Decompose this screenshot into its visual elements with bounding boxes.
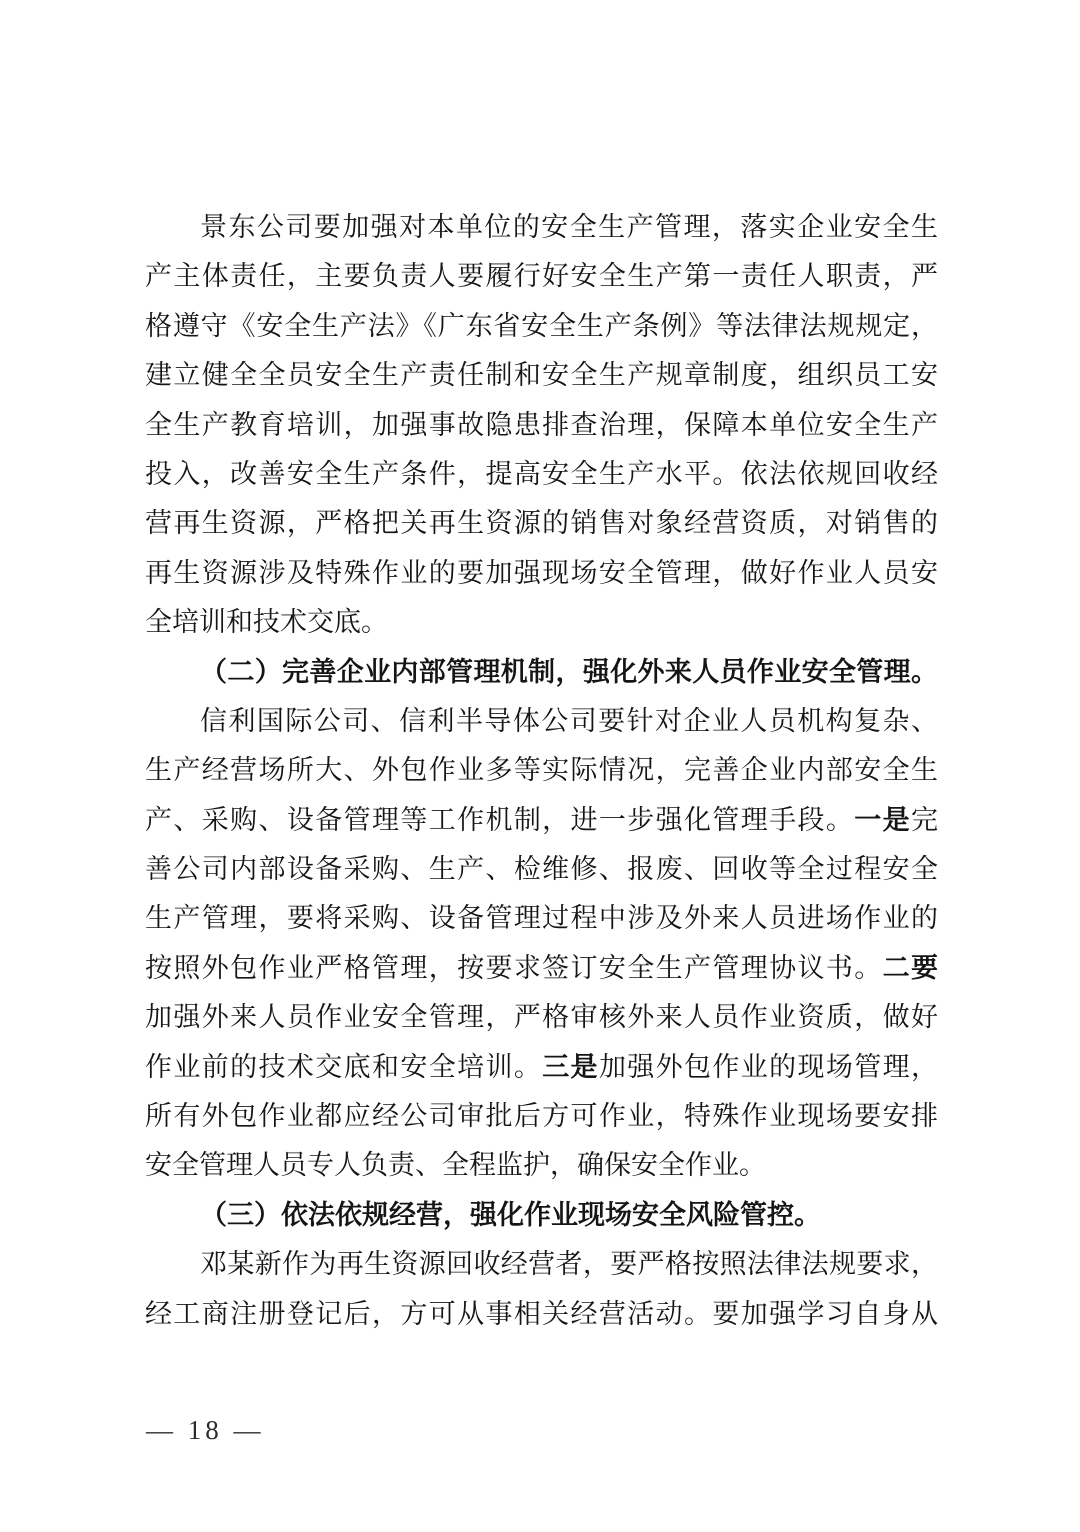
text-line: 景东公司要加强对本单位的安全生产管理，落实企业安全生 bbox=[145, 203, 938, 252]
text-line: 再生资源涉及特殊作业的要加强现场安全管理，做好作业人员安 bbox=[145, 549, 938, 598]
text-segment: 产、采购、设备管理等工作机制，进一步强化管理手段。 bbox=[145, 805, 854, 835]
text-line: 全生产教育培训，加强事故隐患排查治理，保障本单位安全生产 bbox=[145, 401, 938, 450]
text-line: 全培训和技术交底。 bbox=[145, 598, 938, 647]
text-segment: 产主体责任，主要负责人要履行好安全生产第一责任人职责，严 bbox=[145, 261, 938, 291]
text-segment: 投入，改善安全生产条件，提高安全生产水平。依法依规回收经 bbox=[145, 459, 938, 489]
text-line: 善公司内部设备采购、生产、检维修、报废、回收等全过程安全 bbox=[145, 845, 938, 894]
text-line: 按照外包作业严格管理，按要求签订安全生产管理协议书。二要 bbox=[145, 944, 938, 993]
text-line: 经工商注册登记后，方可从事相关经营活动。要加强学习自身从 bbox=[145, 1290, 938, 1339]
page-number: — 18 — bbox=[146, 1413, 265, 1447]
text-segment: 景东公司要加强对本单位的安全生产管理，落实企业安全生 bbox=[200, 212, 938, 242]
section-heading-line: （三）依法依规经营，强化作业现场安全风险管控。 bbox=[145, 1191, 938, 1240]
text-line: 所有外包作业都应经公司审批后方可作业，特殊作业现场要安排 bbox=[145, 1092, 938, 1141]
section-heading-line: （二）完善企业内部管理机制，强化外来人员作业安全管理。 bbox=[145, 648, 938, 697]
text-segment: 所有外包作业都应经公司审批后方可作业，特殊作业现场要安排 bbox=[145, 1101, 938, 1131]
document-page: 景东公司要加强对本单位的安全生产管理，落实企业安全生产主体责任，主要负责人要履行… bbox=[0, 0, 1080, 1532]
text-segment: 经工商注册登记后，方可从事相关经营活动。要加强学习自身从 bbox=[145, 1299, 938, 1329]
bold-text-segment: （二）完善企业内部管理机制，强化外来人员作业安全管理。 bbox=[200, 657, 938, 687]
text-segment: 信利国际公司、信利半导体公司要针对企业人员机构复杂、 bbox=[200, 706, 938, 736]
text-segment: 生产管理，要将采购、设备管理过程中涉及外来人员进场作业的 bbox=[145, 903, 938, 933]
bold-text-segment: 二要 bbox=[883, 953, 938, 983]
text-segment: 安全管理人员专人负责、全程监护，确保安全作业。 bbox=[145, 1150, 766, 1180]
text-segment: 全培训和技术交底。 bbox=[145, 607, 388, 637]
text-line: 投入，改善安全生产条件，提高安全生产水平。依法依规回收经 bbox=[145, 450, 938, 499]
text-line: 建立健全全员安全生产责任制和安全生产规章制度，组织员工安 bbox=[145, 351, 938, 400]
text-segment: 完 bbox=[911, 805, 938, 835]
text-segment: 作业前的技术交底和安全培训。 bbox=[145, 1052, 542, 1082]
text-line: 安全管理人员专人负责、全程监护，确保安全作业。 bbox=[145, 1141, 938, 1190]
text-segment: 邓某新作为再生资源回收经营者，要严格按照法律法规要求， bbox=[200, 1249, 938, 1279]
text-segment: 善公司内部设备采购、生产、检维修、报废、回收等全过程安全 bbox=[145, 854, 938, 884]
text-segment: 营再生资源，严格把关再生资源的销售对象经营资质，对销售的 bbox=[145, 508, 938, 538]
text-line: 产主体责任，主要负责人要履行好安全生产第一责任人职责，严 bbox=[145, 252, 938, 301]
text-segment: 建立健全全员安全生产责任制和安全生产规章制度，组织员工安 bbox=[145, 360, 938, 390]
text-line: 邓某新作为再生资源回收经营者，要严格按照法律法规要求， bbox=[145, 1240, 938, 1289]
text-line: 营再生资源，严格把关再生资源的销售对象经营资质，对销售的 bbox=[145, 499, 938, 548]
text-line: 产、采购、设备管理等工作机制，进一步强化管理手段。一是完 bbox=[145, 796, 938, 845]
document-body: 景东公司要加强对本单位的安全生产管理，落实企业安全生产主体责任，主要负责人要履行… bbox=[145, 203, 938, 1339]
text-segment: 加强外包作业的现场管理， bbox=[599, 1052, 938, 1082]
text-line: 生产管理，要将采购、设备管理过程中涉及外来人员进场作业的 bbox=[145, 894, 938, 943]
bold-text-segment: （三）依法依规经营，强化作业现场安全风险管控。 bbox=[200, 1200, 821, 1230]
text-segment: 格遵守《安全生产法》《广东省安全生产条例》等法律法规规定， bbox=[145, 311, 938, 341]
text-line: 格遵守《安全生产法》《广东省安全生产条例》等法律法规规定， bbox=[145, 302, 938, 351]
text-line: 作业前的技术交底和安全培训。三是加强外包作业的现场管理， bbox=[145, 1043, 938, 1092]
bold-text-segment: 三是 bbox=[542, 1052, 599, 1082]
bold-text-segment: 一是 bbox=[854, 805, 911, 835]
text-line: 信利国际公司、信利半导体公司要针对企业人员机构复杂、 bbox=[145, 697, 938, 746]
text-segment: 再生资源涉及特殊作业的要加强现场安全管理，做好作业人员安 bbox=[145, 558, 938, 588]
text-line: 加强外来人员作业安全管理，严格审核外来人员作业资质，做好 bbox=[145, 993, 938, 1042]
text-segment: 按照外包作业严格管理，按要求签订安全生产管理协议书。 bbox=[145, 953, 883, 983]
text-segment: 加强外来人员作业安全管理，严格审核外来人员作业资质，做好 bbox=[145, 1002, 938, 1032]
text-line: 生产经营场所大、外包作业多等实际情况，完善企业内部安全生 bbox=[145, 746, 938, 795]
text-segment: 全生产教育培训，加强事故隐患排查治理，保障本单位安全生产 bbox=[145, 410, 938, 440]
text-segment: 生产经营场所大、外包作业多等实际情况，完善企业内部安全生 bbox=[145, 755, 938, 785]
